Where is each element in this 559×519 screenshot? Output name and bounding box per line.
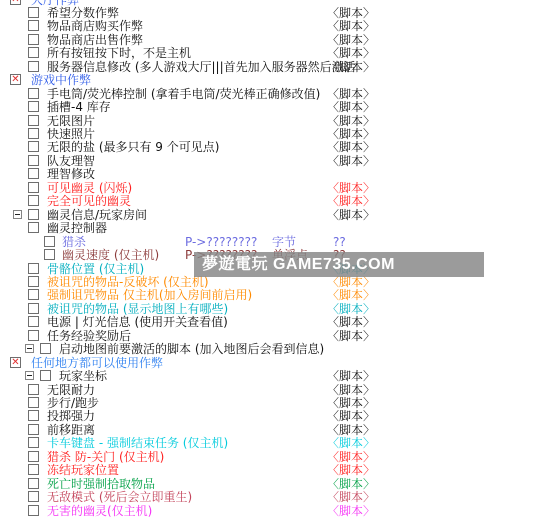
checkbox-icon[interactable] xyxy=(28,128,39,139)
checkbox-icon[interactable] xyxy=(28,115,39,126)
collapse-expander-icon[interactable] xyxy=(25,344,34,353)
cheat-row[interactable]: 无限的盐 (最多只有 9 个可见点)〈脚本〉 xyxy=(0,141,559,154)
cheat-label[interactable]: 幽灵信息/玩家房间 xyxy=(47,209,147,222)
cheat-row[interactable]: 强制诅咒物品 仅主机(加入房间前启用)〈脚本〉 xyxy=(0,289,559,302)
cheat-row[interactable]: 服务器信息修改 (多人游戏大厅|||首先加入服务器然后激活〈脚本〉 xyxy=(0,61,559,74)
checkbox-checked-icon[interactable] xyxy=(10,0,21,5)
checkbox-icon[interactable] xyxy=(28,88,39,99)
checkbox-icon[interactable] xyxy=(28,155,39,166)
cheat-row[interactable]: 电源 | 灯光信息 (使用开关查看值)〈脚本〉 xyxy=(0,316,559,329)
cheat-row[interactable]: 可见幽灵 (闪烁)〈脚本〉 xyxy=(0,182,559,195)
cheat-label[interactable]: 可见幽灵 (闪烁) xyxy=(47,182,132,195)
cheat-label[interactable]: 电源 | 灯光信息 (使用开关查看值) xyxy=(47,316,228,329)
cheat-row[interactable]: 手电筒/荧光棒控制 (拿着手电筒/荧光棒正确修改值)〈脚本〉 xyxy=(0,88,559,101)
cheat-label[interactable]: 冻结玩家位置 xyxy=(47,464,119,477)
checkbox-icon[interactable] xyxy=(28,20,39,31)
cheat-label[interactable]: 幽灵速度 (仅主机) xyxy=(62,249,159,262)
value-cell: ?? xyxy=(333,236,346,249)
script-type-label: 〈脚本〉 xyxy=(327,20,375,33)
cheat-label[interactable]: 无限图片 xyxy=(47,115,95,128)
cheat-row[interactable]: 所有按钮按下时，不是主机〈脚本〉 xyxy=(0,47,559,60)
script-type-label: 〈脚本〉 xyxy=(327,424,375,437)
script-type-label: 〈脚本〉 xyxy=(327,195,375,208)
cheat-label[interactable]: 队友理智 xyxy=(47,155,95,168)
cheat-label[interactable]: 玩家坐标 xyxy=(59,370,107,383)
script-type-label: 〈脚本〉 xyxy=(327,155,375,168)
checkbox-icon[interactable] xyxy=(28,478,39,489)
cheat-label[interactable]: 幽灵控制器 xyxy=(47,222,107,235)
cheat-row[interactable]: 被诅咒的物品-反破坏 (仅主机)〈脚本〉 xyxy=(0,276,559,289)
checkbox-icon[interactable] xyxy=(28,34,39,45)
checkbox-icon[interactable] xyxy=(44,236,55,247)
cheat-row[interactable]: 无限图片〈脚本〉 xyxy=(0,115,559,128)
cheat-label[interactable]: 手电筒/荧光棒控制 (拿着手电筒/荧光棒正确修改值) xyxy=(47,88,320,101)
script-type-label: 〈脚本〉 xyxy=(327,7,375,20)
cheat-label[interactable]: 无限耐力 xyxy=(47,384,95,397)
checkbox-icon[interactable] xyxy=(28,61,39,72)
cheat-label[interactable]: 前移距离 xyxy=(47,424,95,437)
script-type-label: 〈脚本〉 xyxy=(327,34,375,47)
cheat-row[interactable]: 猎杀 防-关门 (仅主机)〈脚本〉 xyxy=(0,451,559,464)
script-type-label: 〈脚本〉 xyxy=(327,410,375,423)
checkbox-icon[interactable] xyxy=(28,289,39,300)
cheat-label[interactable]: 理智修改 xyxy=(47,168,95,181)
cheat-label[interactable]: 猎杀 防-关门 (仅主机) xyxy=(47,451,164,464)
checkbox-icon[interactable] xyxy=(28,303,39,314)
cheat-row[interactable]: 队友理智〈脚本〉 xyxy=(0,155,559,168)
checkbox-icon[interactable] xyxy=(28,182,39,193)
checkbox-icon[interactable] xyxy=(28,410,39,421)
checkbox-icon[interactable] xyxy=(28,209,39,220)
cheat-label[interactable]: 无敌模式 (死后会立即重生) xyxy=(47,491,192,504)
checkbox-icon[interactable] xyxy=(28,437,39,448)
group-label[interactable]: 游戏中作弊 xyxy=(31,74,91,87)
cheat-row[interactable]: 投掷强力〈脚本〉 xyxy=(0,410,559,423)
script-type-label: 〈脚本〉 xyxy=(327,141,375,154)
cheat-row[interactable]: 任何地方都可以使用作弊 xyxy=(0,357,559,370)
checkbox-icon[interactable] xyxy=(28,316,39,327)
checkbox-icon[interactable] xyxy=(28,222,39,233)
cheat-table-window: 大厅作弊希望分数作弊〈脚本〉物品商店购买作弊〈脚本〉物品商店出售作弊〈脚本〉所有… xyxy=(0,0,559,519)
cheat-label[interactable]: 投掷强力 xyxy=(47,410,95,423)
cheat-row[interactable]: 无敌模式 (死后会立即重生)〈脚本〉 xyxy=(0,491,559,504)
checkbox-icon[interactable] xyxy=(28,330,39,341)
cheat-label[interactable]: 物品商店出售作弊 xyxy=(47,34,143,47)
cheat-row[interactable]: 插槽-4 库存〈脚本〉 xyxy=(0,101,559,114)
checkbox-icon[interactable] xyxy=(28,141,39,152)
checkbox-icon[interactable] xyxy=(28,7,39,18)
script-type-label: 〈脚本〉 xyxy=(327,209,375,222)
script-type-label: 〈脚本〉 xyxy=(327,101,375,114)
cheat-label[interactable]: 猎杀 xyxy=(62,236,86,249)
cheat-label[interactable]: 插槽-4 库存 xyxy=(47,101,111,114)
script-type-label: 〈脚本〉 xyxy=(327,478,375,491)
checkbox-icon[interactable] xyxy=(28,101,39,112)
cheat-label[interactable]: 希望分数作弊 xyxy=(47,7,119,20)
watermark-overlay: 夢遊電玩 GAME735.COM xyxy=(194,252,484,277)
cheat-row[interactable]: 幽灵信息/玩家房间〈脚本〉 xyxy=(0,209,559,222)
cheat-row[interactable]: 启动地图前要激活的脚本 (加入地图后会看到信息) xyxy=(0,343,559,356)
checkbox-checked-icon[interactable] xyxy=(10,74,21,85)
script-type-label: 〈脚本〉 xyxy=(327,330,375,343)
collapse-expander-icon[interactable] xyxy=(13,210,22,219)
cheat-label[interactable]: 所有按钮按下时，不是主机 xyxy=(47,47,191,60)
cheat-row[interactable]: 猎杀P->????????字节?? xyxy=(0,236,559,249)
script-type-label: 〈脚本〉 xyxy=(327,182,375,195)
cheat-label[interactable]: 任务经验奖励后 xyxy=(47,330,131,343)
cheat-row[interactable]: 幽灵控制器 xyxy=(0,222,559,235)
cheat-label[interactable]: 被诅咒的物品 (显示地图上有哪些) xyxy=(47,303,228,316)
cheat-row[interactable]: 任务经验奖励后〈脚本〉 xyxy=(0,330,559,343)
group-label[interactable]: 任何地方都可以使用作弊 xyxy=(31,357,163,370)
script-type-label: 〈脚本〉 xyxy=(327,61,375,74)
script-type-label: 〈脚本〉 xyxy=(327,289,375,302)
cheat-row[interactable]: 理智修改 xyxy=(0,168,559,181)
script-type-label: 〈脚本〉 xyxy=(327,384,375,397)
script-type-label: 〈脚本〉 xyxy=(327,316,375,329)
cheat-row[interactable]: 希望分数作弊〈脚本〉 xyxy=(0,7,559,20)
checkbox-icon[interactable] xyxy=(28,276,39,287)
address-value: P->???????? xyxy=(185,236,257,249)
cheat-row[interactable]: 完全可见的幽灵〈脚本〉 xyxy=(0,195,559,208)
script-type-label: 〈脚本〉 xyxy=(327,303,375,316)
checkbox-icon[interactable] xyxy=(28,491,39,502)
checkbox-icon[interactable] xyxy=(28,263,39,274)
checkbox-icon[interactable] xyxy=(28,397,39,408)
cheat-label[interactable]: 骨骼位置 (仅主机) xyxy=(47,263,144,276)
cheat-label[interactable]: 服务器信息修改 (多人游戏大厅|||首先加入服务器然后激活 xyxy=(47,61,356,74)
checkbox-icon[interactable] xyxy=(28,451,39,462)
cheat-row[interactable]: 死亡时强制拾取物品〈脚本〉 xyxy=(0,478,559,491)
cheat-row[interactable]: 冻结玩家位置〈脚本〉 xyxy=(0,464,559,477)
checkbox-icon[interactable] xyxy=(28,424,39,435)
script-type-label: 〈脚本〉 xyxy=(327,115,375,128)
cheat-label[interactable]: 死亡时强制拾取物品 xyxy=(47,478,155,491)
checkbox-icon[interactable] xyxy=(40,370,51,381)
checkbox-icon[interactable] xyxy=(28,464,39,475)
cheat-row[interactable]: 游戏中作弊 xyxy=(0,74,559,87)
collapse-expander-icon[interactable] xyxy=(25,371,34,380)
cheat-label[interactable]: 完全可见的幽灵 xyxy=(47,195,131,208)
checkbox-icon[interactable] xyxy=(28,47,39,58)
checkbox-icon[interactable] xyxy=(28,505,39,516)
script-type-label: 〈脚本〉 xyxy=(327,437,375,450)
script-type-label: 〈脚本〉 xyxy=(327,47,375,60)
script-type-label: 〈脚本〉 xyxy=(327,88,375,101)
cheat-label[interactable]: 启动地图前要激活的脚本 (加入地图后会看到信息) xyxy=(59,343,324,356)
cheat-label[interactable]: 强制诅咒物品 仅主机(加入房间前启用) xyxy=(47,289,252,302)
cheat-label[interactable]: 卡车键盘 - 强制结束任务 (仅主机) xyxy=(47,437,228,450)
cheat-label[interactable]: 无害的幽灵(仅主机) xyxy=(47,505,152,518)
checkbox-checked-icon[interactable] xyxy=(10,357,21,368)
cheat-label[interactable]: 被诅咒的物品-反破坏 (仅主机) xyxy=(47,276,209,289)
checkbox-icon[interactable] xyxy=(40,343,51,354)
checkbox-icon[interactable] xyxy=(28,195,39,206)
checkbox-icon[interactable] xyxy=(28,168,39,179)
cheat-label[interactable]: 物品商店购买作弊 xyxy=(47,20,143,33)
script-type-label: 〈脚本〉 xyxy=(327,370,375,383)
cheat-row[interactable]: 被诅咒的物品 (显示地图上有哪些)〈脚本〉 xyxy=(0,303,559,316)
checkbox-icon[interactable] xyxy=(28,384,39,395)
script-type-label: 〈脚本〉 xyxy=(327,505,375,518)
script-type-label: 〈脚本〉 xyxy=(327,276,375,289)
cheat-row[interactable]: 前移距离〈脚本〉 xyxy=(0,424,559,437)
cheat-row[interactable]: 无限耐力〈脚本〉 xyxy=(0,384,559,397)
script-type-label: 〈脚本〉 xyxy=(327,451,375,464)
cheat-label[interactable]: 无限的盐 (最多只有 9 个可见点) xyxy=(47,141,219,154)
cheat-row[interactable]: 无害的幽灵(仅主机)〈脚本〉 xyxy=(0,505,559,518)
cheat-row[interactable]: 玩家坐标〈脚本〉 xyxy=(0,370,559,383)
script-type-label: 〈脚本〉 xyxy=(327,491,375,504)
cheat-row[interactable]: 物品商店出售作弊〈脚本〉 xyxy=(0,34,559,47)
cheat-row[interactable]: 物品商店购买作弊〈脚本〉 xyxy=(0,20,559,33)
value-type-label: 字节 xyxy=(272,236,296,249)
cheat-row[interactable]: 卡车键盘 - 强制结束任务 (仅主机)〈脚本〉 xyxy=(0,437,559,450)
script-type-label: 〈脚本〉 xyxy=(327,464,375,477)
checkbox-icon[interactable] xyxy=(44,249,55,260)
